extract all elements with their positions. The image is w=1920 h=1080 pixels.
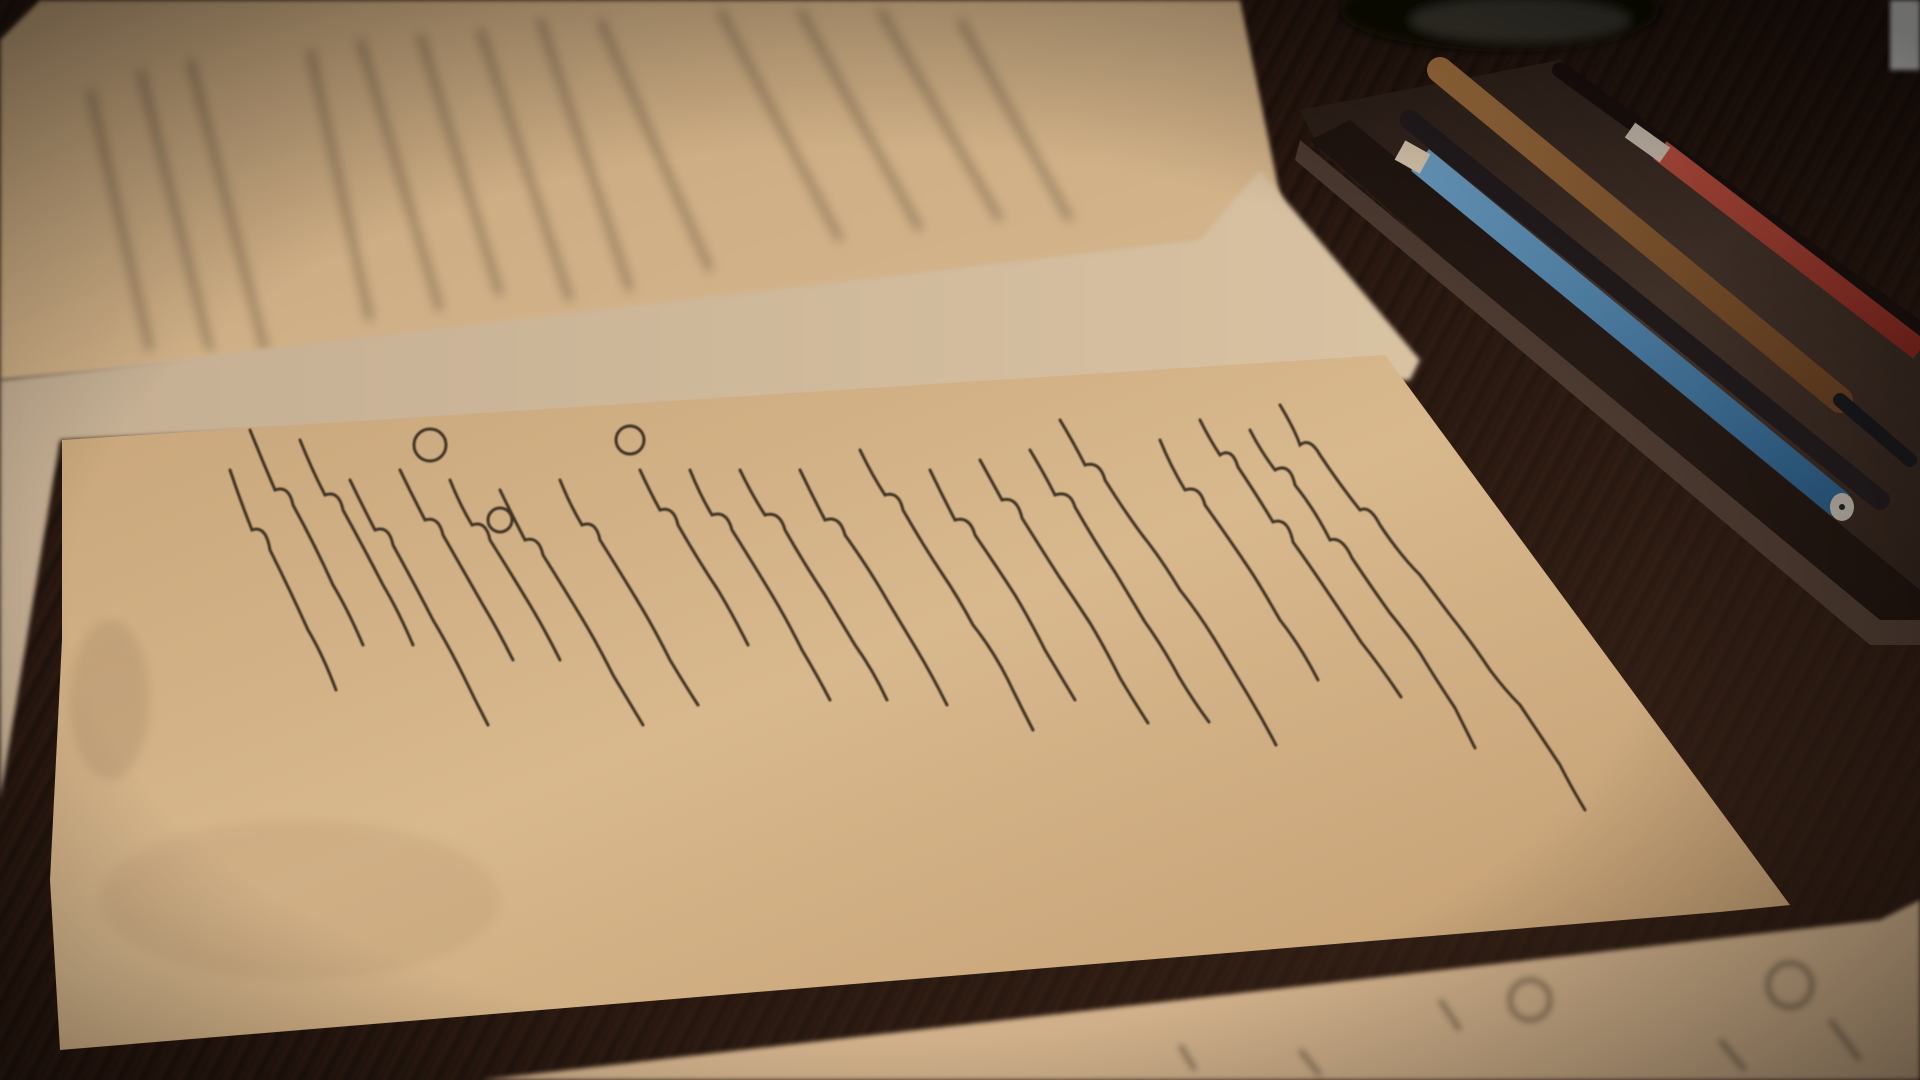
photo-scene (0, 0, 1920, 1080)
desk-photo (0, 0, 1920, 1080)
